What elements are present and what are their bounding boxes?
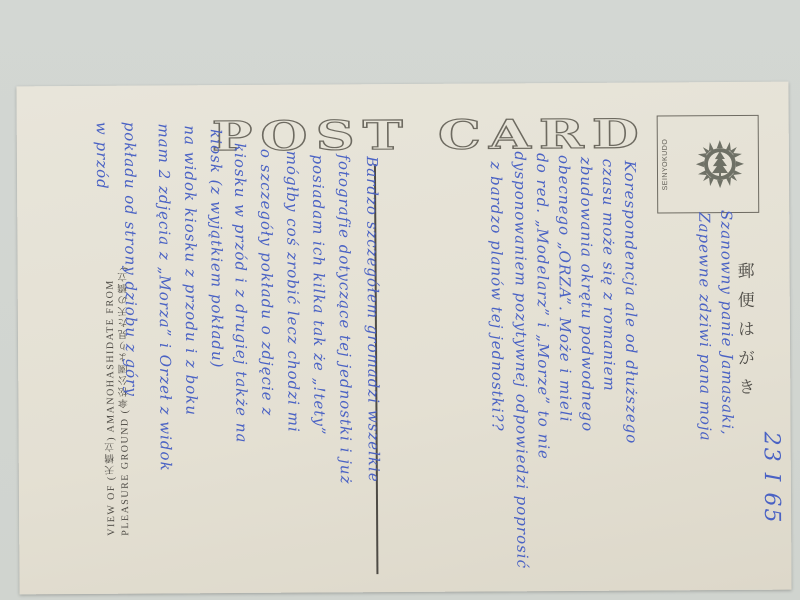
message-line: do red. „Modelarz” i „Morze” to nie [533,153,553,460]
message-line: mam 2 zdjęcia z „Morza” i Orzeł z widok [155,123,175,471]
handwritten-date: 23 I 65 [759,432,785,525]
message-line: Bardzo szczegółem gromadzi wszelkie [363,156,383,483]
sun-tree-logo-icon [694,138,746,190]
message-line: Szanowny panie Jamasaki, [717,210,736,436]
message-line: o szczegóły pokładu o zdjęcie z [257,149,277,417]
message-line: fotografie dotyczące tej jednostki i już [335,154,355,484]
post-card-heading: POST CARD [212,111,647,161]
message-line: mógłby coś zrobić lecz chodzi mi [283,151,303,433]
message-line: Zapewne zdziwi pana moja [695,212,714,441]
message-line: pokładu od strony dziobu z góry [121,122,141,397]
message-line: kiosku w przód i z drugiej także na [231,143,251,444]
message-line: obecnego „ORZA”. Może i mieli [555,155,575,423]
message-line: kiosk (z wyjątkiem pokładu) [207,129,226,368]
message-line: dysponowaniem pozytywnej odpowiedzi popr… [511,151,532,569]
message-line: czasu może się z romaniem [599,159,618,392]
message-line: w przód [93,122,111,190]
postcard: POST CARD SEINYOKUDO [16,82,791,595]
message-line: Korespondencja ale od dłuższego [621,161,641,445]
message-line: z bardzo planów tej jednostki?? [487,161,507,431]
message-line: zbudowania okrętu podwodnego [577,157,597,432]
stamp-box: SEINYOKUDO [657,115,760,214]
message-line: na widok kiosku z przodu i z boku [181,125,201,416]
message-line: posiadam ich kilka tak że „!tety” [309,154,329,435]
